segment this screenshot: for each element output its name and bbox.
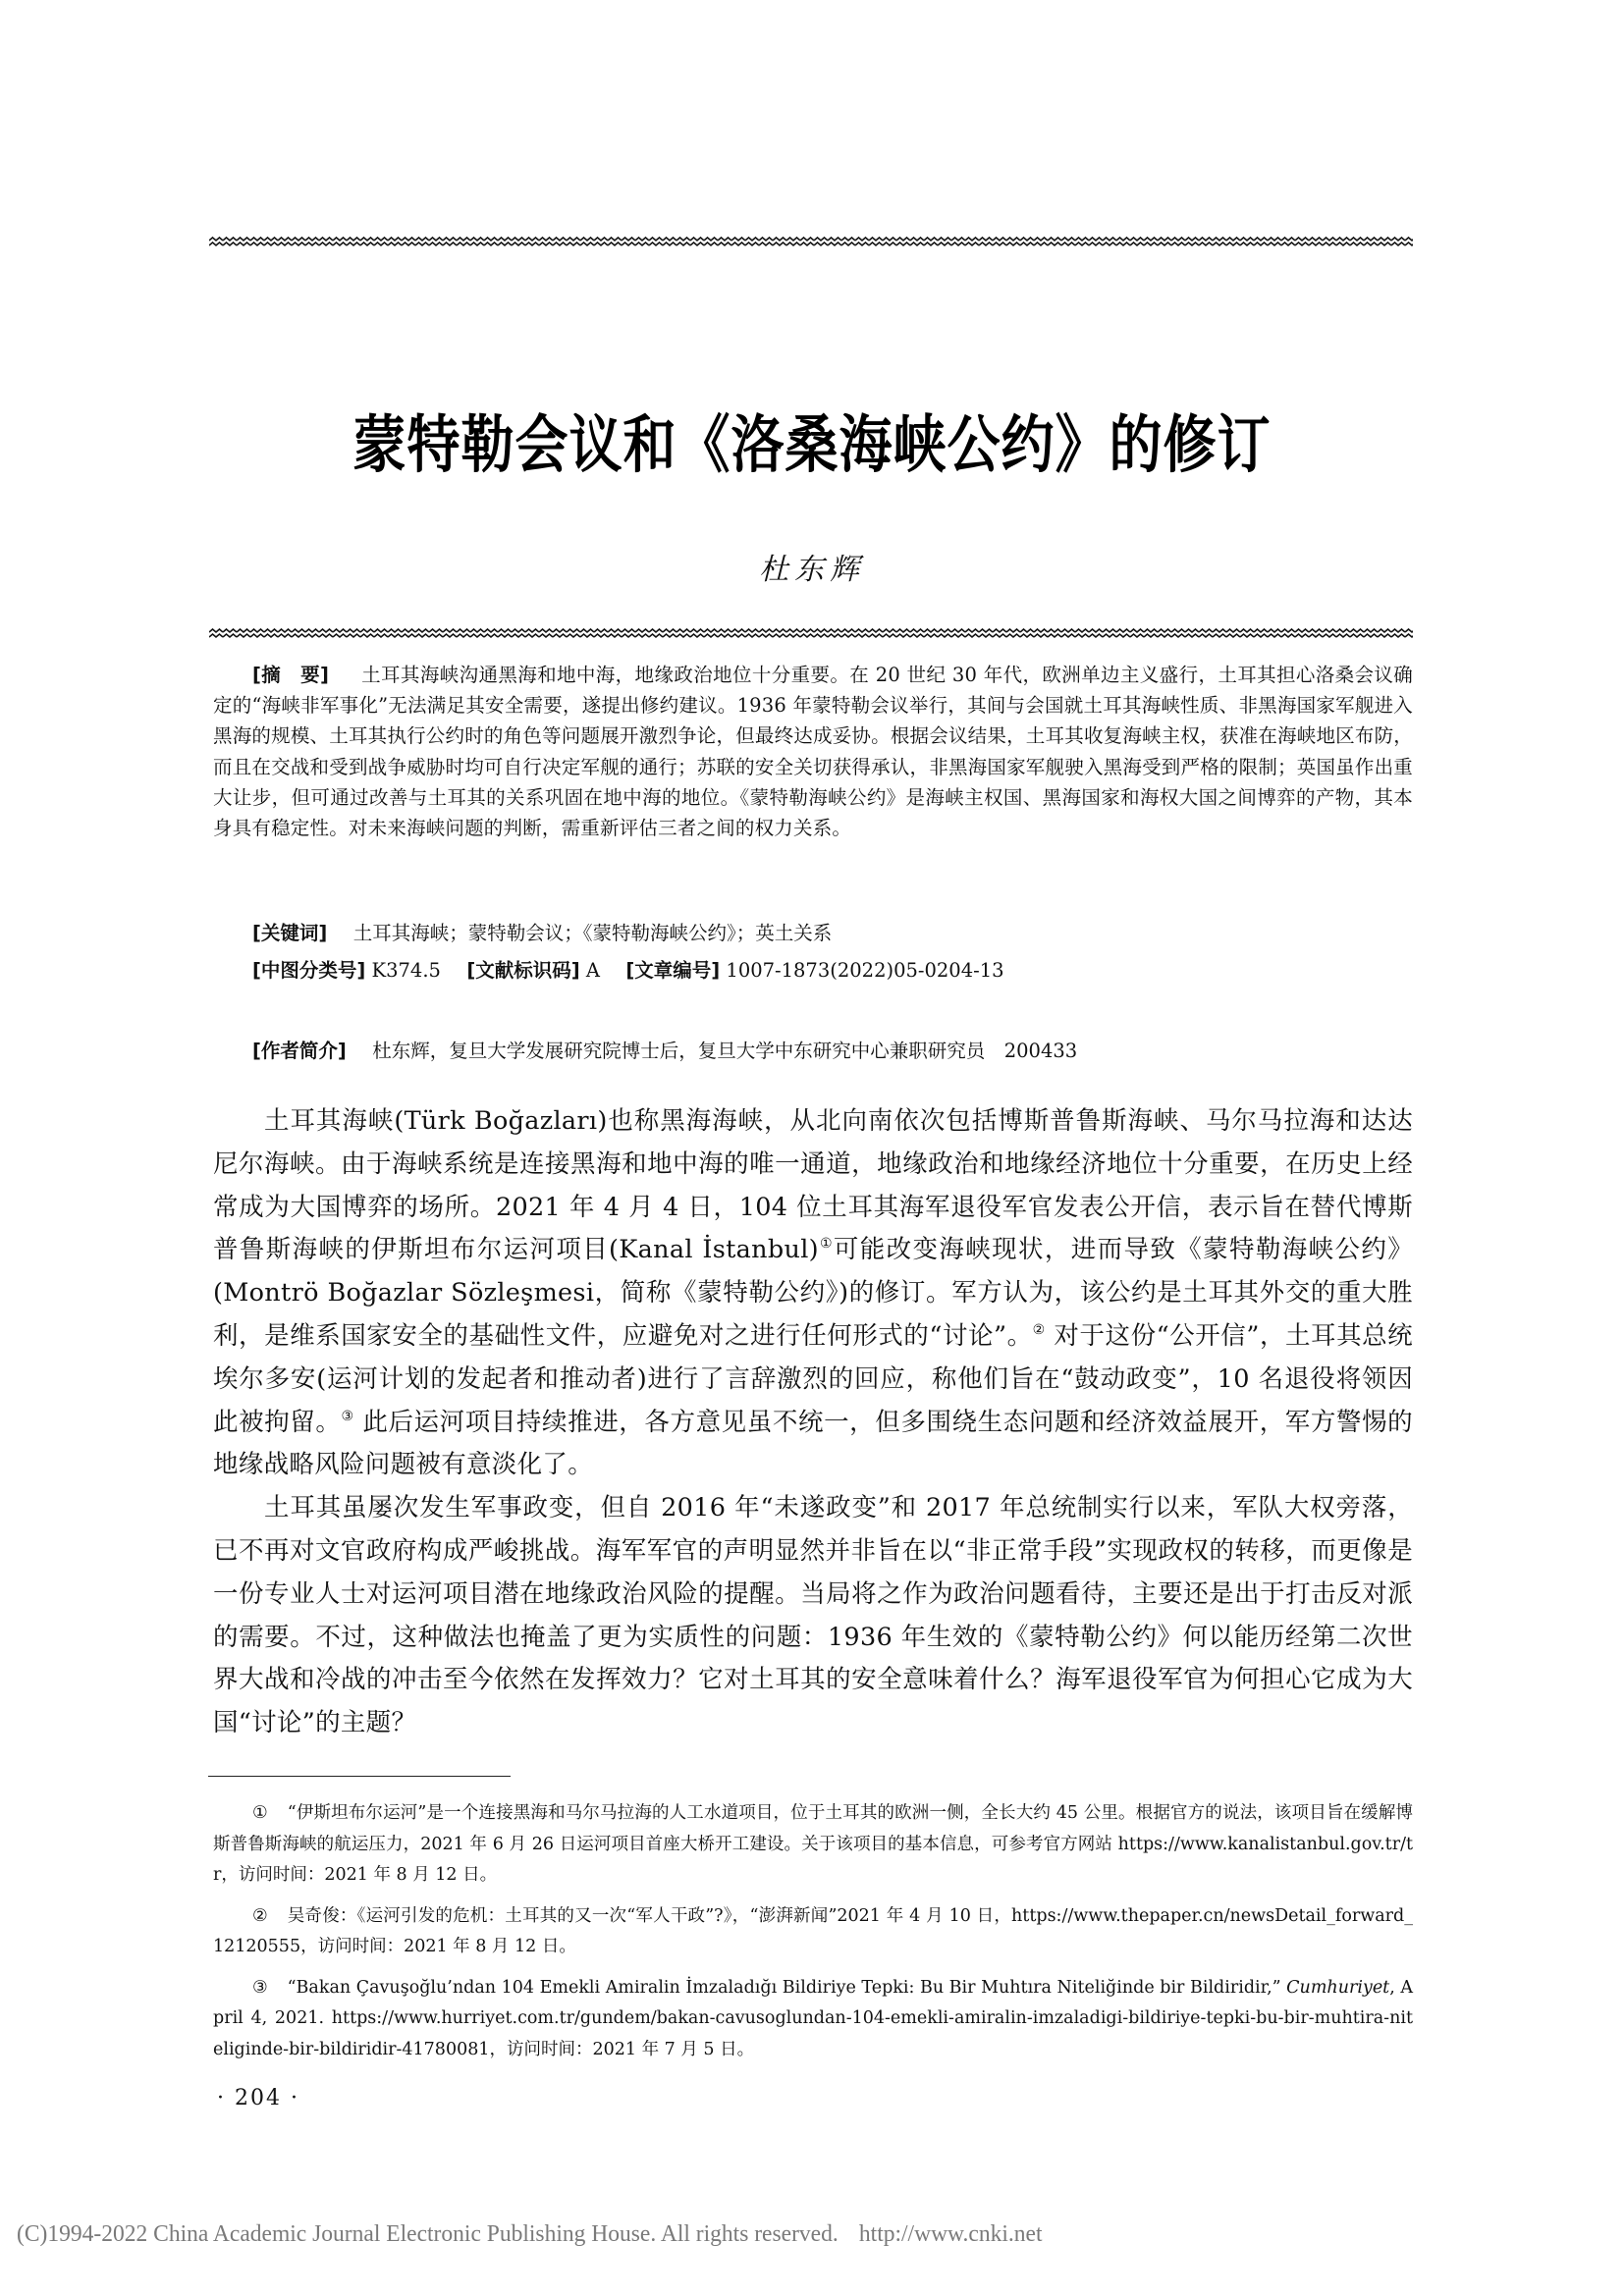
abstract-block: [摘 要] 土耳其海峡沟通黑海和地中海，地缘政治地位十分重要。在 20 世纪 3… <box>213 660 1413 843</box>
author-bio-text: 杜东辉，复旦大学发展研究院博士后，复旦大学中东研究中心兼职研究员 200433 <box>372 1040 1077 1062</box>
top-decorative-wave-border <box>209 237 1413 248</box>
clc-label: [中图分类号] <box>252 959 365 982</box>
doc-code-label: [文献标识码] <box>466 959 579 982</box>
cnki-link[interactable]: http://www.cnki.net <box>859 2220 1043 2247</box>
footnote-ref-2[interactable]: ② <box>1033 1322 1046 1338</box>
classification-line: [中图分类号] K374.5 [文献标识码] A [文章编号] 1007-187… <box>252 955 1004 986</box>
author-bio-label: [作者简介] <box>252 1040 347 1062</box>
page-number: · 204 · <box>217 2086 299 2110</box>
copyright-text: (C)1994-2022 China Academic Journal Elec… <box>17 2220 839 2247</box>
clc-value: K374.5 <box>372 959 441 982</box>
footnote-ref-1[interactable]: ① <box>819 1236 834 1252</box>
footnote-1-number: ① <box>252 1798 282 1830</box>
keywords-label: [关键词] <box>252 922 327 944</box>
article-number-value: 1007-1873(2022)05-0204-13 <box>726 959 1003 982</box>
footnote-2: ② 吴奇俊：《运河引发的危机：土耳其的又一次“军人干政”?》，“澎湃新闻”202… <box>213 1901 1413 1963</box>
copyright-footer: (C)1994-2022 China Academic Journal Elec… <box>17 2220 1043 2248</box>
footnote-2-text: 吴奇俊：《运河引发的危机：土耳其的又一次“军人干政”?》，“澎湃新闻”2021 … <box>213 1906 1413 1957</box>
journal-page: 蒙特勒会议和《洛桑海峡公约》的修订 杜东辉 [摘 要] 土耳其海峡沟通黑海和地中… <box>0 0 1624 2296</box>
article-title: 蒙特勒会议和《洛桑海峡公约》的修订 <box>0 396 1624 485</box>
footnote-2-number: ② <box>252 1901 282 1933</box>
body-paragraph-1: 土耳其海峡(Türk Boğazları)也称黑海海峡，从北向南依次包括博斯普鲁… <box>213 1100 1413 1487</box>
body-paragraph-2: 土耳其虽屡次发生军事政变，但自 2016 年“未遂政变”和 2017 年总统制实… <box>213 1487 1413 1745</box>
footnote-3: ③ “Bakan Çavuşoğlu’ndan 104 Emekli Amira… <box>213 1973 1413 2066</box>
article-author: 杜东辉 <box>0 545 1624 588</box>
footnote-1-text: “伊斯坦布尔运河”是一个连接黑海和马尔马拉海的人工水道项目，位于土耳其的欧洲一侧… <box>213 1803 1413 1885</box>
footnote-3-source-title: Cumhuriyet <box>1286 1978 1389 1998</box>
footnote-ref-3[interactable]: ③ <box>341 1409 353 1424</box>
abstract-decorative-wave-border <box>209 628 1413 640</box>
keywords-text: 土耳其海峡；蒙特勒会议；《蒙特勒海峡公约》；英土关系 <box>353 922 833 944</box>
article-body: 土耳其海峡(Türk Boğazları)也称黑海海峡，从北向南依次包括博斯普鲁… <box>213 1100 1413 1745</box>
doc-code-value: A <box>586 959 600 982</box>
abstract-text: 土耳其海峡沟通黑海和地中海，地缘政治地位十分重要。在 20 世纪 30 年代，欧… <box>213 664 1413 839</box>
author-bio-line: [作者简介] 杜东辉，复旦大学发展研究院博士后，复旦大学中东研究中心兼职研究员 … <box>252 1036 1077 1066</box>
keywords-line: [关键词] 土耳其海峡；蒙特勒会议；《蒙特勒海峡公约》；英土关系 <box>252 918 832 948</box>
footnote-3-text-a: “Bakan Çavuşoğlu’ndan 104 Emekli Amirali… <box>288 1978 1287 1998</box>
footnote-separator <box>208 1776 511 1777</box>
abstract-label: [摘 要] <box>252 664 329 686</box>
body-p1-part-d: 此后运河项目持续推进，各方意见虽不统一，但多围绕生态问题和经济效益展开，军方警惕… <box>213 1408 1413 1480</box>
footnote-1: ① “伊斯坦布尔运河”是一个连接黑海和马尔马拉海的人工水道项目，位于土耳其的欧洲… <box>213 1798 1413 1892</box>
footnotes: ① “伊斯坦布尔运河”是一个连接黑海和马尔马拉海的人工水道项目，位于土耳其的欧洲… <box>213 1798 1413 2075</box>
footnote-3-number: ③ <box>252 1973 282 2004</box>
article-number-label: [文章编号] <box>625 959 720 982</box>
